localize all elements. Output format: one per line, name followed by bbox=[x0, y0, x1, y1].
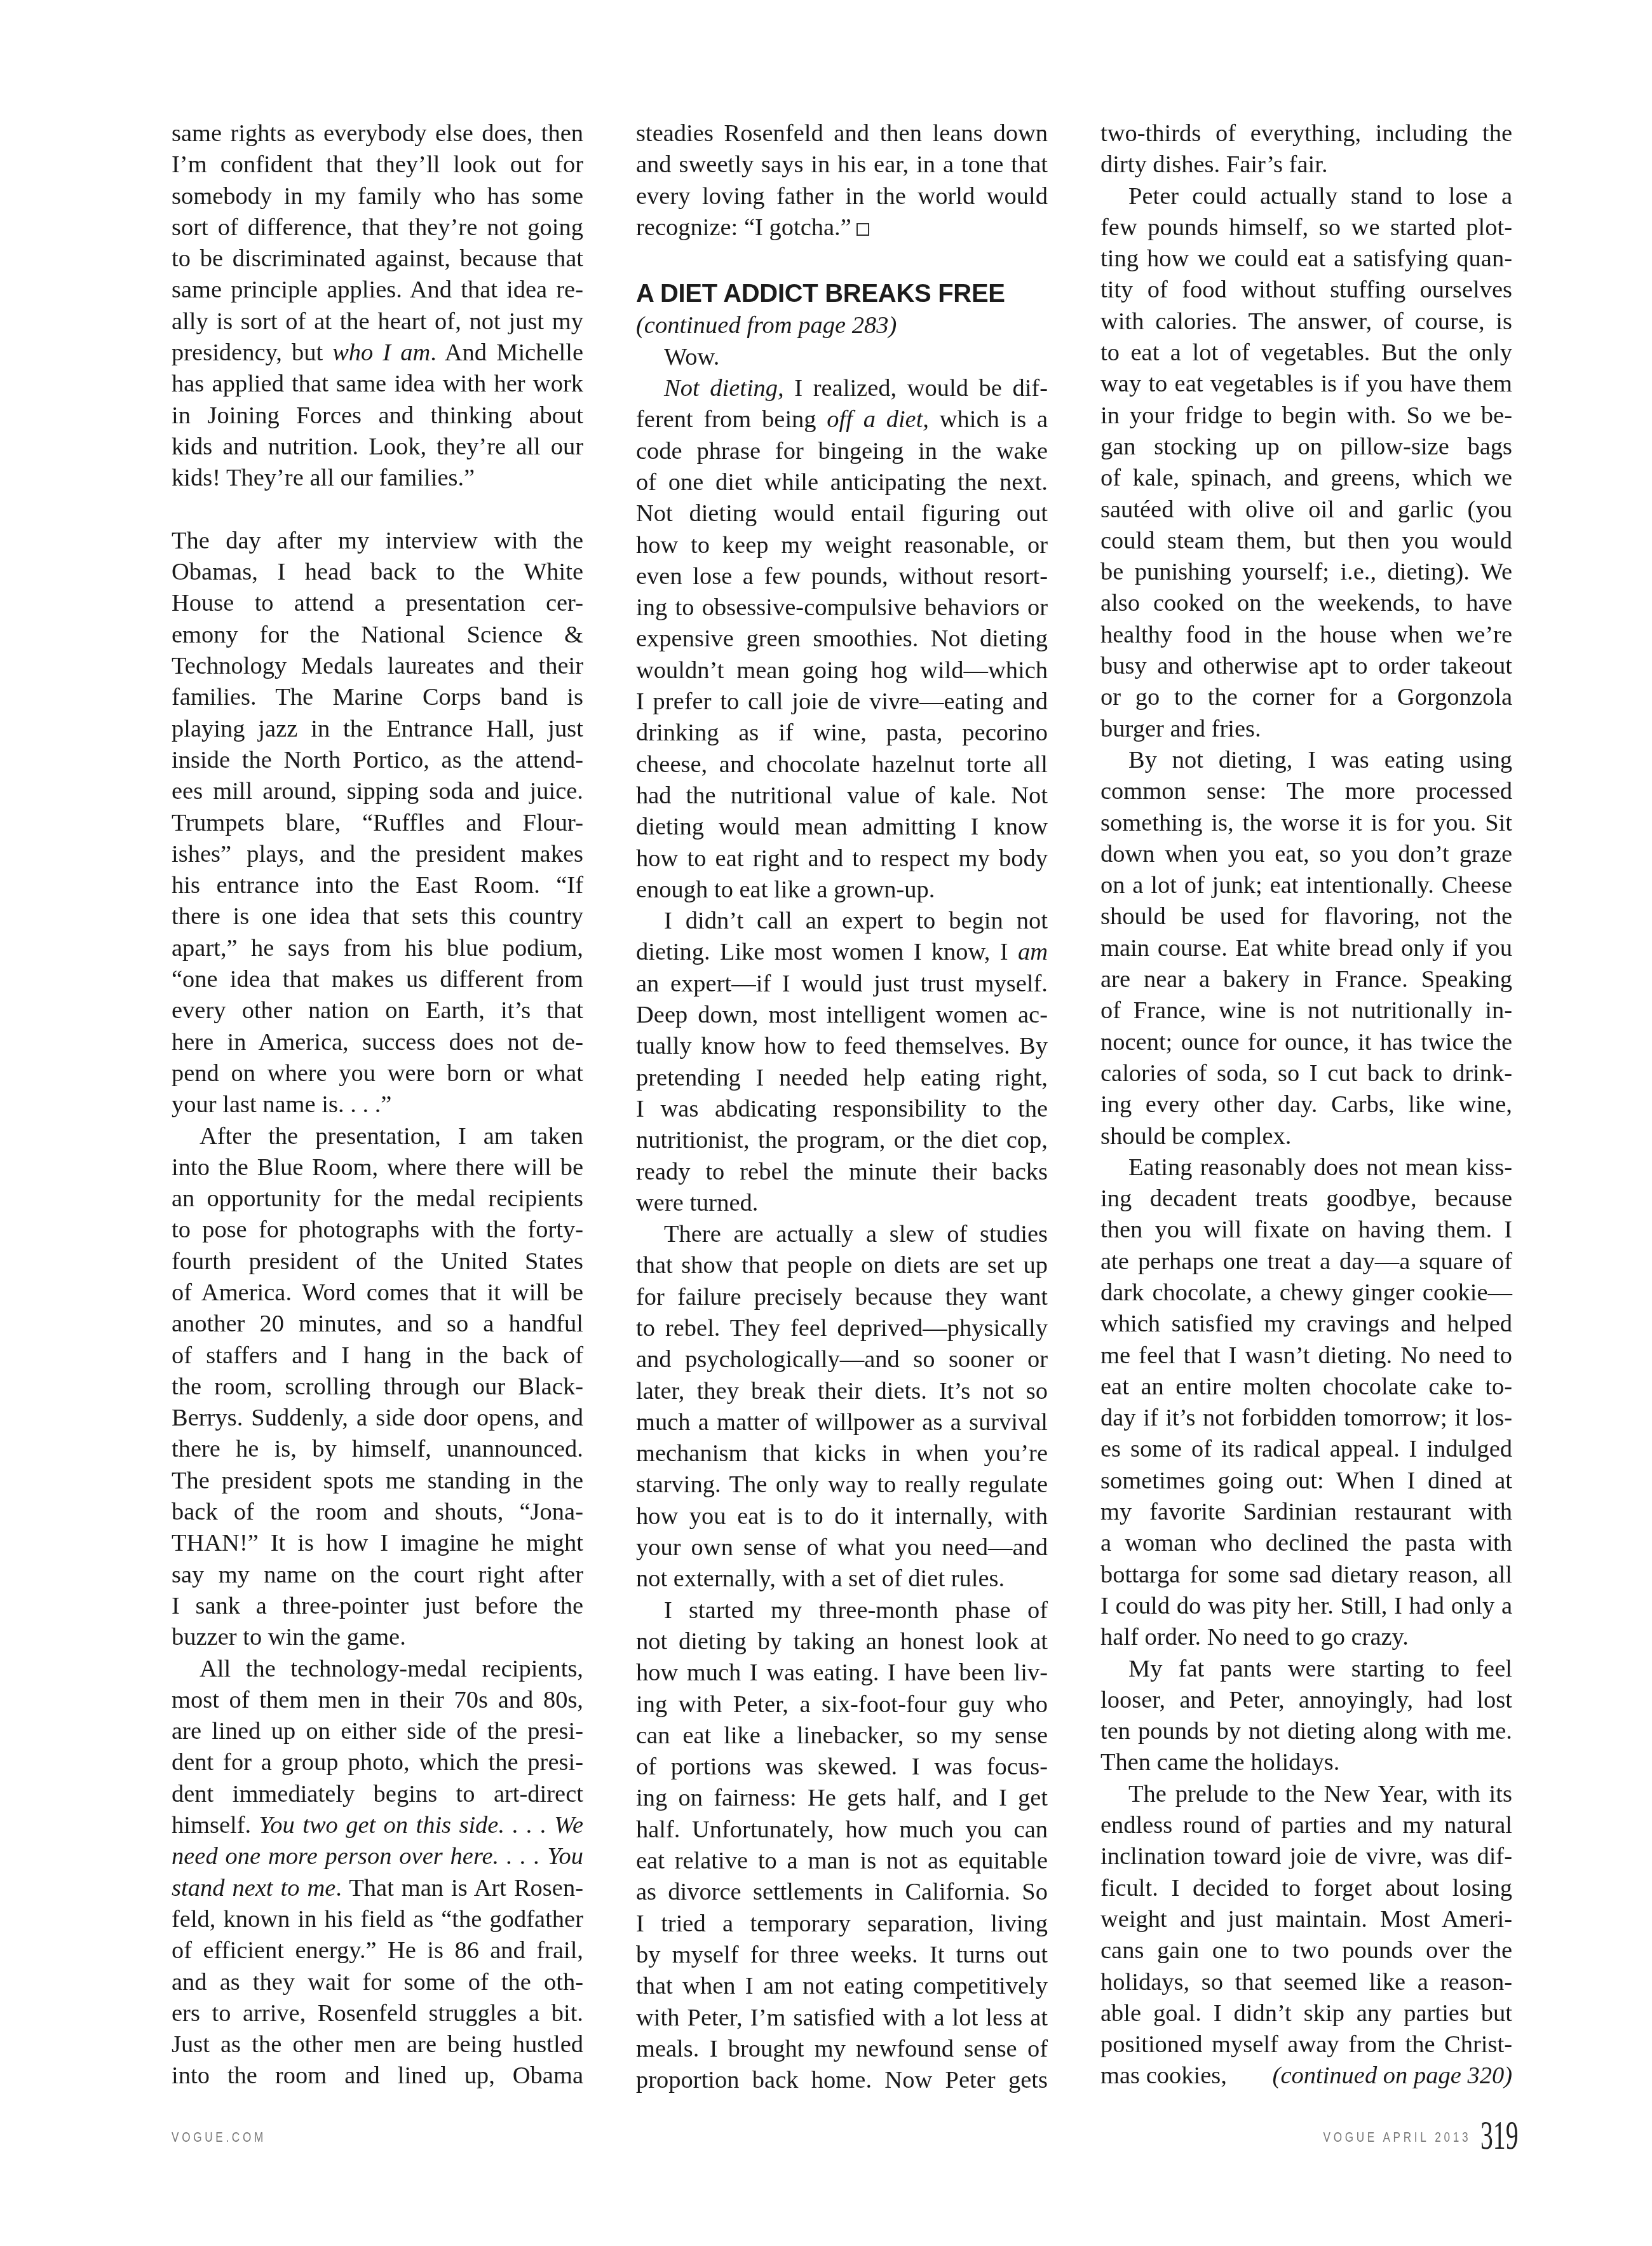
text-line: every other nation on Earth, it’s that bbox=[172, 995, 583, 1026]
text-line: your own sense of what you need—and bbox=[636, 1532, 1048, 1563]
text-line: es some of its radical appeal. I indulge… bbox=[1100, 1434, 1512, 1465]
text-line: something is, the worse it is for you. S… bbox=[1100, 808, 1512, 839]
column-1: same rights as everybody else does, then… bbox=[172, 118, 583, 2092]
text-line: meals. I brought my newfound sense of bbox=[636, 2034, 1048, 2065]
text-line: be punishing yourself; i.e., dieting). W… bbox=[1100, 557, 1512, 588]
text-line: I’m confident that they’ll look out for bbox=[172, 149, 583, 180]
text-line: calories of soda, so I cut back to drink… bbox=[1100, 1058, 1512, 1089]
text-line: has applied that same idea with her work bbox=[172, 369, 583, 400]
paragraph-white-house: The day after my interview with the Obam… bbox=[172, 526, 583, 1121]
text-line: another 20 minutes, and so a handful bbox=[172, 1309, 583, 1340]
text-run: recognize: “I gotcha.” bbox=[636, 214, 851, 241]
text-line: Wow. bbox=[636, 342, 1048, 373]
text-line: I prefer to call joie de vivre—eating an… bbox=[636, 686, 1048, 718]
text-line: Not dieting would entail figuring out bbox=[636, 498, 1048, 529]
text-line: which satisfied my cravings and helped bbox=[1100, 1309, 1512, 1340]
text-run: . That man is Art Rosen- bbox=[335, 1875, 583, 1902]
text-line: bottarga for some sad dietary reason, al… bbox=[1100, 1560, 1512, 1591]
text-line: common sense: The more processed bbox=[1100, 776, 1512, 807]
text-run: presidency, but bbox=[172, 339, 332, 366]
emphasis-text: who I am bbox=[332, 339, 430, 366]
text-line: I sank a three-pointer just before the bbox=[172, 1591, 583, 1622]
text-run: mas cookies, bbox=[1100, 2060, 1227, 2092]
text-line: dent for a group photo, which the presi- bbox=[172, 1747, 583, 1778]
continued-from-note: (continued from page 283) bbox=[636, 310, 1048, 341]
text-line: to pose for photographs with the forty- bbox=[172, 1215, 583, 1246]
text-line: Peter could actually stand to lose a bbox=[1100, 181, 1512, 212]
paragraph-holidays: The prelude to the New Year, with its en… bbox=[1100, 1779, 1512, 2092]
text-line: I started my three-month phase of bbox=[636, 1595, 1048, 1626]
text-line: somebody in my family who has some bbox=[172, 181, 583, 212]
text-line: ing with Peter, a six-foot-four guy who bbox=[636, 1689, 1048, 1720]
text-line: ing on fairness: He gets half, and I get bbox=[636, 1783, 1048, 1814]
emphasis-text: off a diet, bbox=[827, 406, 929, 433]
text-line: that show that people on diets are set u… bbox=[636, 1250, 1048, 1281]
text-line: Then came the holidays. bbox=[1100, 1747, 1512, 1778]
emphasis-text: stand next to me bbox=[172, 1875, 335, 1902]
text-line: holidays, so that seemed like a reason- bbox=[1100, 1967, 1512, 1998]
text-line: need one more person over here. . . . Yo… bbox=[172, 1841, 583, 1872]
text-line: here in America, success does not de- bbox=[172, 1027, 583, 1058]
text-line: of staffers and I hang in the back of bbox=[172, 1340, 583, 1371]
text-line: ting how we could eat a satisfying quan- bbox=[1100, 243, 1512, 275]
text-line: sometimes going out: When I dined at bbox=[1100, 1466, 1512, 1497]
paragraph-common-sense: By not dieting, I was eating using commo… bbox=[1100, 745, 1512, 1152]
text-line: After the presentation, I am taken bbox=[172, 1121, 583, 1152]
text-line: stand next to me. That man is Art Rosen- bbox=[172, 1873, 583, 1904]
text-line: Technology Medals laureates and their bbox=[172, 651, 583, 682]
text-line: ees mill around, sipping soda and juice. bbox=[172, 776, 583, 807]
text-line: should be complex. bbox=[1100, 1121, 1512, 1152]
text-line: dirty dishes. Fair’s fair. bbox=[1100, 149, 1512, 180]
text-line: apart,” he says from his blue podium, bbox=[172, 933, 583, 964]
column-2: steadies Rosenfeld and then leans down a… bbox=[636, 118, 1048, 2096]
emphasis-text: need one more person over here. . . . Yo… bbox=[172, 1843, 583, 1870]
text-line: cans gain one to two pounds over the bbox=[1100, 1935, 1512, 1966]
text-line: and psychologically—and so sooner or bbox=[636, 1344, 1048, 1375]
paragraph-studies: There are actually a slew of studies tha… bbox=[636, 1219, 1048, 1595]
paragraph-obama-quote-end: same rights as everybody else does, then… bbox=[172, 118, 583, 494]
text-line: families. The Marine Corps band is bbox=[172, 682, 583, 713]
text-line: eat an entire molten chocolate cake to- bbox=[1100, 1371, 1512, 1403]
paragraph-blue-room: After the presentation, I am taken into … bbox=[172, 1121, 583, 1654]
text-line: in Joining Forces and thinking about bbox=[172, 400, 583, 432]
text-line: an expert—if I would just trust myself. bbox=[636, 969, 1048, 1000]
text-line: for failure precisely because they want bbox=[636, 1282, 1048, 1313]
text-line: how to eat right and to respect my body bbox=[636, 843, 1048, 875]
text-line: ready to rebel the minute their backs bbox=[636, 1157, 1048, 1188]
text-line: my favorite Sardinian restaurant with bbox=[1100, 1497, 1512, 1528]
text-line: expensive green smoothies. Not dieting bbox=[636, 623, 1048, 655]
text-line: say my name on the court right after bbox=[172, 1560, 583, 1591]
text-line: how to keep my weight reasonable, or bbox=[636, 530, 1048, 561]
paragraph-expert: I didn’t call an expert to begin not die… bbox=[636, 906, 1048, 1219]
column-3: two-thirds of everything, including the … bbox=[1100, 118, 1512, 2092]
text-line: buzzer to win the game. bbox=[172, 1622, 583, 1653]
text-line: inside the North Portico, as the attend- bbox=[172, 745, 583, 776]
text-line: busy and otherwise apt to order takeout bbox=[1100, 651, 1512, 682]
section-break bbox=[172, 494, 583, 526]
text-line: “one idea that makes us different from bbox=[172, 964, 583, 995]
text-line: not dieting by taking an honest look at bbox=[636, 1626, 1048, 1657]
paragraph-group-photo: All the technology-medal recipients, mos… bbox=[172, 1654, 583, 2092]
article-headline: A DIET ADDICT BREAKS FREE bbox=[636, 277, 1048, 310]
text-line: a woman who declined the pasta with bbox=[1100, 1528, 1512, 1559]
text-line: not externally, with a set of diet rules… bbox=[636, 1563, 1048, 1595]
section-break bbox=[636, 243, 1048, 275]
text-line: sort of difference, that they’re not goi… bbox=[172, 212, 583, 243]
text-line: are near a bakery in France. Speaking bbox=[1100, 964, 1512, 995]
text-line: mechanism that kicks in when you’re bbox=[636, 1438, 1048, 1469]
paragraph-three-month-phase: I started my three-month phase of not di… bbox=[636, 1595, 1048, 2097]
text-line: tity of food without stuffing ourselves bbox=[1100, 275, 1512, 306]
emphasis-text: am bbox=[1018, 939, 1048, 965]
text-line: later, they break their diets. It’s not … bbox=[636, 1376, 1048, 1407]
emphasis-text: (continued from page 283) bbox=[636, 312, 897, 339]
text-line: All the technology-medal recipients, bbox=[172, 1654, 583, 1685]
text-line: wouldn’t mean going hog wild—which bbox=[636, 655, 1048, 686]
text-line: with Peter, I’m satisfied with a lot les… bbox=[636, 2003, 1048, 2034]
text-line: most of them men in their 70s and 80s, bbox=[172, 1685, 583, 1716]
text-line: recognize: “I gotcha.” bbox=[636, 212, 1048, 243]
text-line: of portions was skewed. I was focus- bbox=[636, 1752, 1048, 1783]
text-line: into the Blue Room, where there will be bbox=[172, 1152, 583, 1183]
text-line: enough to eat like a grown-up. bbox=[636, 875, 1048, 906]
text-line: much a matter of willpower as a survival bbox=[636, 1407, 1048, 1438]
text-line: half order. No need to go crazy. bbox=[1100, 1622, 1512, 1653]
text-line: your last name is. . . .” bbox=[172, 1089, 583, 1120]
text-line: were turned. bbox=[636, 1188, 1048, 1219]
text-run: which is a bbox=[929, 406, 1048, 433]
text-line: I could do was pity her. Still, I had on… bbox=[1100, 1591, 1512, 1622]
text-line: me feel that I wasn’t dieting. No need t… bbox=[1100, 1340, 1512, 1371]
text-line: of America. Word comes that it will be bbox=[172, 1277, 583, 1309]
text-line: there he is, by himself, unannounced. bbox=[172, 1434, 583, 1465]
text-line: by myself for three weeks. It turns out bbox=[636, 1940, 1048, 1971]
text-line: steadies Rosenfeld and then leans down bbox=[636, 118, 1048, 149]
text-line: same principle applies. And that idea re… bbox=[172, 275, 583, 306]
text-line: an opportunity for the medal recipients bbox=[172, 1183, 583, 1215]
continued-on-link[interactable]: (continued on page 320) bbox=[1273, 2060, 1512, 2092]
text-line: Deep down, most intelligent women ac- bbox=[636, 1000, 1048, 1031]
text-line: I tried a temporary separation, living bbox=[636, 1909, 1048, 1940]
text-line: pend on where you were born or what bbox=[172, 1058, 583, 1089]
text-line: dark chocolate, a chewy ginger cookie— bbox=[1100, 1277, 1512, 1309]
text-line: and as they wait for some of the oth- bbox=[172, 1967, 583, 1998]
text-line: pretending I needed help eating right, bbox=[636, 1063, 1048, 1094]
text-run: I realized, would be dif- bbox=[784, 375, 1048, 402]
text-line: kids! They’re all our families.” bbox=[172, 463, 583, 494]
text-line: way to eat vegetables is if you have the… bbox=[1100, 369, 1512, 400]
magazine-page: same rights as everybody else does, then… bbox=[0, 0, 1652, 2246]
paragraph-treats: Eating reasonably does not mean kiss- in… bbox=[1100, 1152, 1512, 1654]
text-line: There are actually a slew of studies bbox=[636, 1219, 1048, 1250]
text-line: healthy food in the house when we’re bbox=[1100, 620, 1512, 651]
text-line: himself. You two get on this side. . . .… bbox=[172, 1810, 583, 1841]
text-line: should be used for flavoring, not the bbox=[1100, 901, 1512, 932]
text-line: of one diet while anticipating the next. bbox=[636, 467, 1048, 498]
page-number: 319 bbox=[1480, 2115, 1519, 2156]
text-line: on a lot of junk; eat intentionally. Che… bbox=[1100, 870, 1512, 901]
text-line: ate perhaps one treat a day—a square of bbox=[1100, 1246, 1512, 1277]
text-line: two-thirds of everything, including the bbox=[1100, 118, 1512, 149]
emphasis-text: Not dieting, bbox=[664, 375, 784, 402]
text-line: the room, scrolling through our Black- bbox=[172, 1371, 583, 1403]
paragraph-not-dieting: Not dieting, I realized, would be dif- f… bbox=[636, 373, 1048, 906]
text-line: nutritionist, the program, or the diet c… bbox=[636, 1125, 1048, 1156]
text-line: My fat pants were starting to feel bbox=[1100, 1654, 1512, 1685]
text-line: dent immediately begins to art-direct bbox=[172, 1779, 583, 1810]
text-line: there is one idea that sets this country bbox=[172, 901, 583, 932]
text-line: of efficient energy.” He is 86 and frail… bbox=[172, 1935, 583, 1966]
text-line: ing every other day. Carbs, like wine, bbox=[1100, 1089, 1512, 1120]
text-line: half. Unfortunately, how much you can bbox=[636, 1814, 1048, 1846]
text-line: playing jazz in the Entrance Hall, just bbox=[172, 714, 583, 745]
footer-website: VOGUE.COM bbox=[172, 2129, 266, 2146]
text-line: feld, known in his field as “the godfath… bbox=[172, 1904, 583, 1935]
text-line: to rebel. They feel deprived—physically bbox=[636, 1313, 1048, 1344]
text-line: to be discriminated against, because tha… bbox=[172, 243, 583, 275]
text-line: able goal. I didn’t skip any parties but bbox=[1100, 1998, 1512, 2029]
text-line: ally is sort of at the heart of, not jus… bbox=[172, 306, 583, 337]
text-line: dieting. Like most women I know, I am bbox=[636, 937, 1048, 968]
text-line: how you eat is to do it internally, with bbox=[636, 1501, 1048, 1532]
text-line: I didn’t call an expert to begin not bbox=[636, 906, 1048, 937]
text-line: ing to obsessive-compulsive behaviors or bbox=[636, 592, 1048, 623]
text-run: . And Michelle bbox=[430, 339, 583, 366]
text-line: THAN!” It is how I imagine he might bbox=[172, 1528, 583, 1559]
text-line: fourth president of the United States bbox=[172, 1246, 583, 1277]
text-line: as divorce settlements in California. So bbox=[636, 1877, 1048, 1908]
text-line: main course. Eat white bread only if you bbox=[1100, 933, 1512, 964]
text-line: starving. The only way to really regulat… bbox=[636, 1469, 1048, 1501]
text-run: ferent from being bbox=[636, 406, 827, 433]
text-line: down when you eat, so you don’t graze bbox=[1100, 839, 1512, 870]
text-line: The president spots me standing in the bbox=[172, 1466, 583, 1497]
text-line: code phrase for bingeing in the wake bbox=[636, 436, 1048, 467]
footer-issue-date: VOGUE APRIL 2013 bbox=[1323, 2129, 1471, 2146]
text-line: inclination toward joie de vivre, was di… bbox=[1100, 1841, 1512, 1872]
paragraph-vegetables: Peter could actually stand to lose a few… bbox=[1100, 181, 1512, 745]
paragraph-gotcha: steadies Rosenfeld and then leans down a… bbox=[636, 118, 1048, 243]
text-line: looser, and Peter, annoyingly, had lost bbox=[1100, 1685, 1512, 1716]
text-line: ferent from being off a diet, which is a bbox=[636, 404, 1048, 435]
text-line: are lined up on either side of the presi… bbox=[172, 1716, 583, 1747]
text-line: kids and nutrition. Look, they’re all ou… bbox=[172, 432, 583, 463]
text-line: that when I am not eating competitively bbox=[636, 1971, 1048, 2002]
text-line: gan stocking up on pillow-size bags bbox=[1100, 432, 1512, 463]
text-line: proportion back home. Now Peter gets bbox=[636, 2065, 1048, 2096]
end-of-article-square-icon bbox=[856, 223, 869, 236]
text-line: his entrance into the East Room. “If bbox=[172, 870, 583, 901]
text-line: few pounds himself, so we started plot- bbox=[1100, 212, 1512, 243]
text-line: dieting would mean admitting I know bbox=[636, 812, 1048, 843]
text-line: mas cookies,(continued on page 320) bbox=[1100, 2060, 1512, 2092]
text-line: with calories. The answer, of course, is bbox=[1100, 306, 1512, 337]
text-line: then you will fixate on having them. I bbox=[1100, 1215, 1512, 1246]
text-line: By not dieting, I was eating using bbox=[1100, 745, 1512, 776]
text-line: of France, wine is not nutritionally in- bbox=[1100, 995, 1512, 1026]
text-line: ing decadent treats goodbye, because bbox=[1100, 1183, 1512, 1215]
text-line: Just as the other men are being hustled bbox=[172, 2029, 583, 2060]
text-line: The day after my interview with the bbox=[172, 526, 583, 557]
text-line: Eating reasonably does not mean kiss- bbox=[1100, 1152, 1512, 1183]
paragraph-fat-pants: My fat pants were starting to feel loose… bbox=[1100, 1654, 1512, 1779]
text-line: Not dieting, I realized, would be dif- bbox=[636, 373, 1048, 404]
text-line: also cooked on the weekends, to have bbox=[1100, 588, 1512, 619]
text-line: tually know how to feed themselves. By bbox=[636, 1031, 1048, 1062]
text-line: House to attend a presentation cer- bbox=[172, 588, 583, 619]
text-line: even lose a few pounds, without resort- bbox=[636, 561, 1048, 592]
text-line: nocent; ounce for ounce, it has twice th… bbox=[1100, 1027, 1512, 1058]
text-line: Berrys. Suddenly, a side door opens, and bbox=[172, 1403, 583, 1434]
text-line: endless round of parties and my natural bbox=[1100, 1810, 1512, 1841]
text-line: ishes” plays, and the president makes bbox=[172, 839, 583, 870]
text-line: positioned myself away from the Christ- bbox=[1100, 2029, 1512, 2060]
text-line: cheese, and chocolate hazelnut torte all bbox=[636, 749, 1048, 780]
text-line: or go to the corner for a Gorgonzola bbox=[1100, 682, 1512, 713]
text-line: how much I was eating. I have been liv- bbox=[636, 1657, 1048, 1689]
text-line: of kale, spinach, and greens, which we bbox=[1100, 463, 1512, 494]
text-line: could steam them, but then you would bbox=[1100, 526, 1512, 557]
text-line: ficult. I decided to forget about losing bbox=[1100, 1873, 1512, 1904]
text-line: into the room and lined up, Obama bbox=[172, 2060, 583, 2092]
text-line: ers to arrive, Rosenfeld struggles a bit… bbox=[172, 1998, 583, 2029]
text-line: Obamas, I head back to the White bbox=[172, 557, 583, 588]
text-line: and sweetly says in his ear, in a tone t… bbox=[636, 149, 1048, 180]
text-line: ten pounds by not dieting along with me. bbox=[1100, 1716, 1512, 1747]
text-line: Trumpets blare, “Ruffles and Flour- bbox=[172, 808, 583, 839]
text-line: presidency, but who I am. And Michelle bbox=[172, 337, 583, 369]
text-line: weight and just maintain. Most Ameri- bbox=[1100, 1904, 1512, 1935]
text-line: back of the room and shouts, “Jona- bbox=[172, 1497, 583, 1528]
paragraph-fairs-fair: two-thirds of everything, including the … bbox=[1100, 118, 1512, 181]
text-run: dieting. Like most women I know, I bbox=[636, 939, 1018, 965]
emphasis-text: You two get on this side. . . . We bbox=[259, 1812, 583, 1839]
text-line: day if it’s not forbidden tomorrow; it l… bbox=[1100, 1403, 1512, 1434]
text-line: sautéed with olive oil and garlic (you bbox=[1100, 494, 1512, 526]
text-line: in your fridge to begin with. So we be- bbox=[1100, 400, 1512, 432]
text-line: can eat like a linebacker, so my sense bbox=[636, 1720, 1048, 1752]
text-line: The prelude to the New Year, with its bbox=[1100, 1779, 1512, 1810]
text-line: drinking as if wine, pasta, pecorino bbox=[636, 718, 1048, 749]
text-line: had the nutritional value of kale. Not bbox=[636, 780, 1048, 812]
text-line: I was abdicating responsibility to the bbox=[636, 1094, 1048, 1125]
text-line: burger and fries. bbox=[1100, 714, 1512, 745]
text-line: to eat a lot of vegetables. But the only bbox=[1100, 337, 1512, 369]
text-line: every loving father in the world would bbox=[636, 181, 1048, 212]
text-line: eat relative to a man is not as equitabl… bbox=[636, 1846, 1048, 1877]
text-run: himself. bbox=[172, 1812, 259, 1839]
text-line: emony for the National Science & bbox=[172, 620, 583, 651]
text-line: same rights as everybody else does, then bbox=[172, 118, 583, 149]
